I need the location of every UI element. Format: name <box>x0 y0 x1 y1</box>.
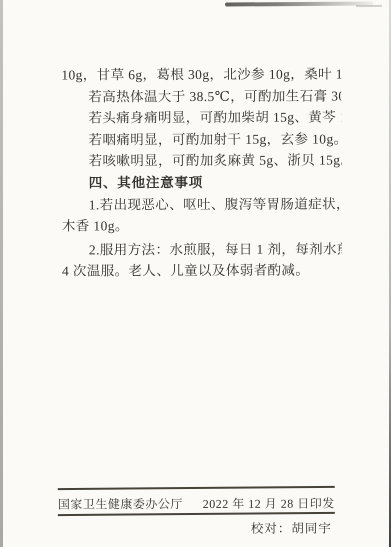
scanned-document-page: 10g，甘草 6g，葛根 30g，北沙参 10g，桑叶 10g，藿香 10g。 … <box>0 0 391 547</box>
footer-proofreader: 校对：胡同宇 <box>58 519 332 538</box>
footer-divider-bottom <box>58 512 335 516</box>
document-body: 10g，甘草 6g，葛根 30g，北沙参 10g，桑叶 10g，藿香 10g。 … <box>61 63 342 282</box>
footer-row: 国家卫生健康委办公厅 2022 年 12 月 28 日印发 <box>58 495 335 513</box>
body-line-dosage-continuation: 4 次温服。老人、儿童以及体弱者酌减。 <box>62 260 342 283</box>
page-content: 10g，甘草 6g，葛根 30g，北沙参 10g，桑叶 10g，藿香 10g。 … <box>0 0 391 547</box>
body-line-high-fever: 若高热体温大于 38.5℃，可酌加生石膏 30g（先煎）。 <box>61 85 341 108</box>
section-heading-other-precautions: 四、其他注意事项 <box>62 171 342 194</box>
footer-print-date: 2022 年 12 月 28 日印发 <box>203 495 335 512</box>
footer-divider-top <box>58 486 335 490</box>
body-line-headache: 若头痛身痛明显，可酌加柴胡 15g、黄芩 10g。 <box>61 107 341 130</box>
body-line-gi-symptoms-continuation: 木香 10g。 <box>62 215 342 238</box>
body-line-herbs-continuation: 10g，甘草 6g，葛根 30g，北沙参 10g，桑叶 10g，藿香 10g。 <box>61 63 341 86</box>
body-line-cough: 若咳嗽明显，可酌加炙麻黄 5g、浙贝 15g。 <box>62 150 342 173</box>
footer-issuer: 国家卫生健康委办公厅 <box>58 495 183 512</box>
body-line-dosage-method: 2.服用方法：水煎服，每日 1 剂，每剂水煎 400ml，分 2～ <box>62 238 342 261</box>
body-line-sore-throat: 若咽痛明显，可酌加射干 15g，玄参 10g。 <box>61 128 341 151</box>
body-line-gi-symptoms: 1.若出现恶心、呕吐、腹泻等胃肠道症状，酌加砂仁 6g、 <box>62 193 342 216</box>
